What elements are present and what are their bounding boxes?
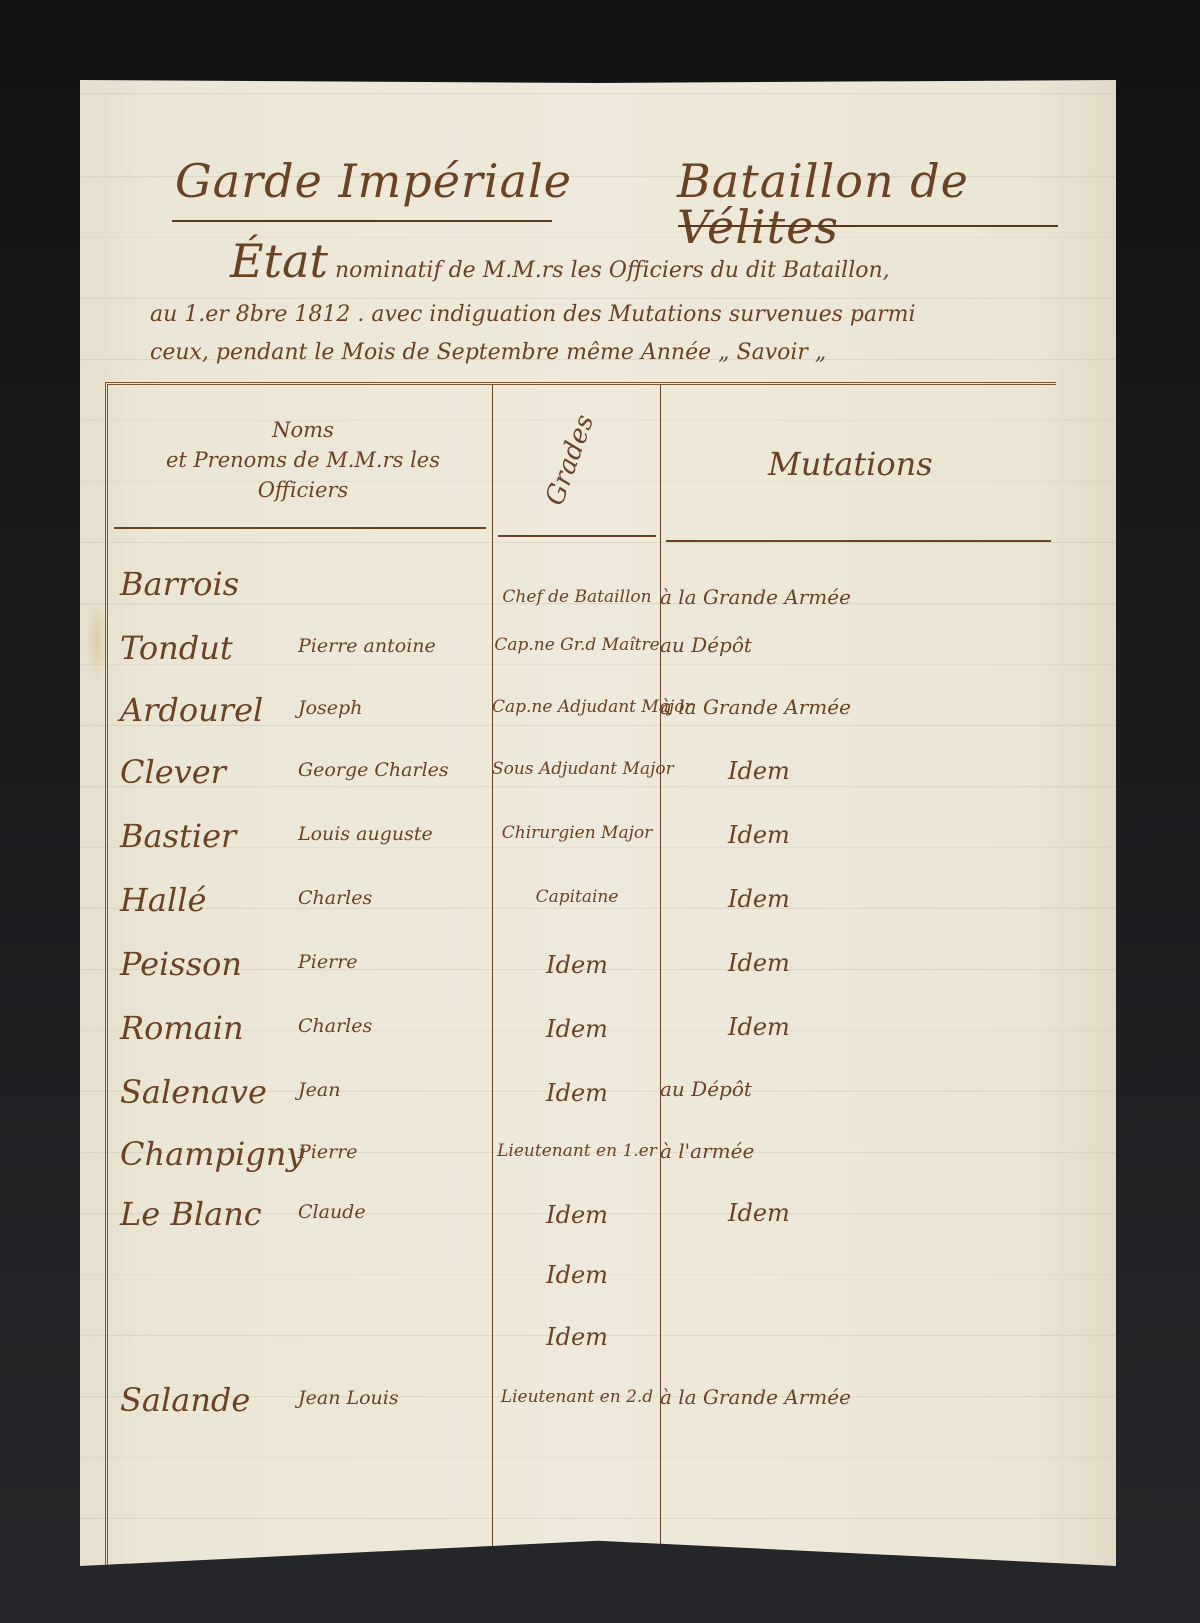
officer-grade: Cap.ne Gr.d Maître [492, 635, 662, 655]
officer-first-name: Jean [298, 1079, 340, 1101]
officer-grade: Lieutenant en 2.d [492, 1387, 662, 1407]
officer-mutation: à l'armée [660, 1139, 754, 1163]
officer-first-name: Louis auguste [298, 823, 433, 845]
officer-name: Clever [120, 753, 226, 791]
title-bataillon: Bataillon de Vélites [677, 158, 1116, 250]
officer-name: Ardourel [120, 691, 263, 729]
officer-mutation: à la Grande Armée [660, 585, 851, 609]
officer-first-name: Pierre [298, 1141, 358, 1163]
title-left-underline [172, 220, 552, 222]
table-row: Bastier Louis auguste Chirurgien Major I… [108, 817, 1056, 877]
table-row: Champigny Pierre Lieutenant en 1.er à l'… [108, 1135, 1056, 1195]
table-row: Tondut Pierre antoine Cap.ne Gr.d Maître… [108, 629, 1056, 689]
officer-name: Hallé [120, 881, 206, 919]
table-row: Idem [108, 1317, 1056, 1377]
table-row: Barrois Chef de Bataillon à la Grande Ar… [108, 565, 1056, 625]
table-row: Peisson Pierre Idem Idem [108, 945, 1056, 1005]
intro-line-1-text: nominatif de M.M.rs les Officiers du dit… [335, 258, 890, 283]
header-grades: Grades [540, 411, 600, 510]
officer-mutation: à la Grande Armée [660, 695, 851, 719]
officer-grade: Chirurgien Major [492, 823, 662, 843]
officer-name: Peisson [120, 945, 242, 983]
officer-first-name: Charles [298, 887, 372, 909]
header-names: Noms et Prenoms de M.M.rs les Officiers [118, 415, 488, 505]
officer-grade: Idem [492, 1079, 662, 1107]
officer-mutation: Idem [728, 1199, 790, 1227]
header-rule-grades [498, 535, 656, 537]
officer-grade: Lieutenant en 1.er [492, 1141, 662, 1161]
officer-first-name: Joseph [298, 697, 362, 719]
officer-name: Champigny [120, 1135, 304, 1173]
intro-lead-word: État [230, 234, 328, 288]
intro-line-1: État nominatif de M.M.rs les Officiers d… [230, 242, 1130, 290]
officer-mutation: Idem [728, 821, 790, 849]
title-garde-imperiale: Garde Impériale [175, 158, 572, 204]
header-rule-names [114, 527, 486, 529]
officer-name: Romain [120, 1009, 244, 1047]
officer-grade: Idem [492, 951, 662, 979]
header-mutations: Mutations [768, 445, 933, 483]
table-row: Romain Charles Idem Idem [108, 1009, 1056, 1069]
header-names-line-3: Officiers [118, 475, 488, 505]
table-row: Le Blanc Claude Idem Idem [108, 1195, 1056, 1255]
intro-line-2: au 1.er 8bre 1812 . avec indiguation des… [150, 296, 1050, 334]
officer-mutation: au Dépôt [660, 1077, 752, 1101]
title-right-underline [678, 225, 1058, 227]
officer-grade: Sous Adjudant Major [492, 759, 662, 779]
manuscript-page: Garde Impériale Bataillon de Vélites Éta… [80, 80, 1116, 1566]
table-row: Idem [108, 1255, 1056, 1315]
officer-grade: Chef de Bataillon [492, 587, 662, 607]
officer-grade: Idem [492, 1261, 662, 1289]
officer-grade: Idem [492, 1323, 662, 1351]
officer-mutation: au Dépôt [660, 633, 752, 657]
officer-grade: Idem [492, 1201, 662, 1229]
table-row: Ardourel Joseph Cap.ne Adjudant Major à … [108, 691, 1056, 751]
header-names-line-1: Noms [118, 415, 488, 445]
intro-line-3: ceux, pendant le Mois de Septembre même … [150, 334, 1050, 372]
table-right-border [1152, 398, 1157, 1568]
officer-mutation: à la Grande Armée [660, 1385, 851, 1409]
officer-mutation: Idem [728, 1013, 790, 1041]
officer-grade: Cap.ne Adjudant Major [492, 697, 662, 717]
officer-first-name: Jean Louis [298, 1387, 399, 1409]
officer-grade: Capitaine [492, 887, 662, 907]
officer-mutation: Idem [728, 949, 790, 977]
officer-grade: Idem [492, 1015, 662, 1043]
officer-first-name: George Charles [298, 759, 449, 781]
officer-name: Bastier [120, 817, 236, 855]
officer-mutation: Idem [728, 885, 790, 913]
officer-first-name: Pierre antoine [298, 635, 436, 657]
table-row: Salenave Jean Idem au Dépôt [108, 1073, 1056, 1133]
officer-name: Salande [120, 1381, 250, 1419]
table-row: Hallé Charles Capitaine Idem [108, 881, 1056, 941]
officer-first-name: Pierre [298, 951, 358, 973]
table-row: Clever George Charles Sous Adjudant Majo… [108, 753, 1056, 813]
officer-name: Le Blanc [120, 1195, 262, 1233]
header-rule-mutations [666, 540, 1051, 542]
officer-first-name: Claude [298, 1201, 366, 1223]
officer-mutation: Idem [728, 757, 790, 785]
officer-name: Barrois [120, 565, 239, 603]
officers-table: Noms et Prenoms de M.M.rs les Officiers … [105, 382, 1056, 1569]
table-row: Salande Jean Louis Lieutenant en 2.d à l… [108, 1381, 1056, 1441]
header-names-line-2: et Prenoms de M.M.rs les [118, 445, 488, 475]
officer-name: Salenave [120, 1073, 267, 1111]
officer-name: Tondut [120, 629, 233, 667]
officer-first-name: Charles [298, 1015, 372, 1037]
